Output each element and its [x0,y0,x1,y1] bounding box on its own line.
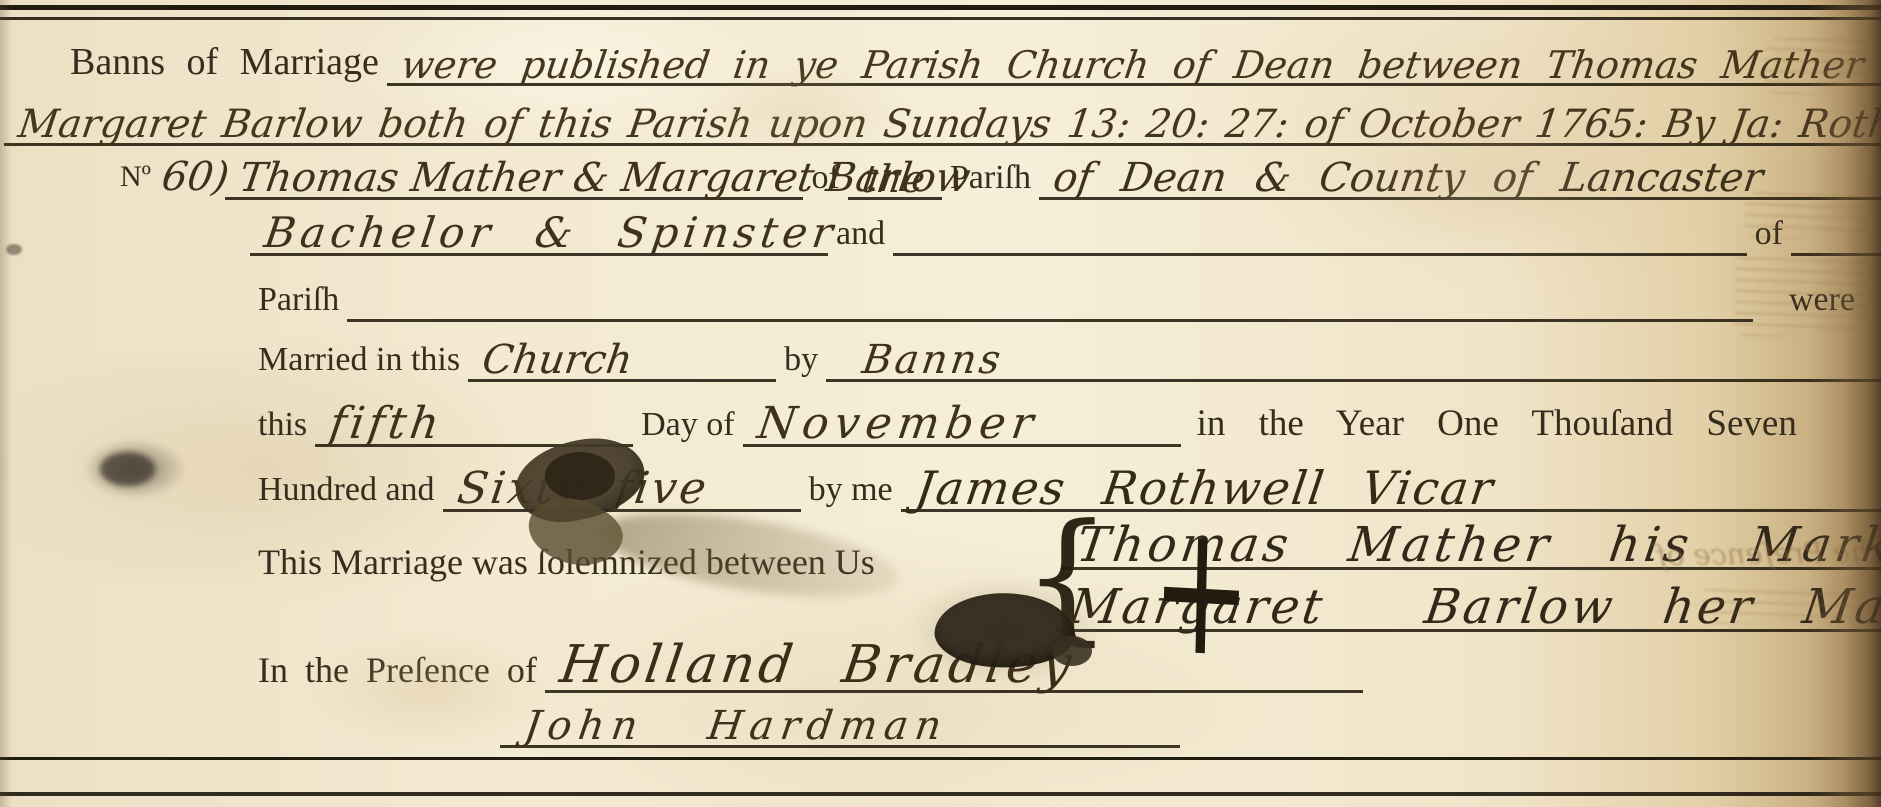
ink-blot-bottom-droplet [1052,636,1092,666]
form-rule-bottom [0,757,1881,760]
banns-printed-label: Banns of Marriage [62,43,387,86]
marriage-register-page: Banns of Marriage were published in ye P… [0,0,1881,807]
married-line: Married in this Church by Banns [250,334,1881,382]
condition-handwriting: Bachelor & Spinster [262,214,840,253]
blank-fill-and [893,253,1747,256]
day-handwriting: fifth [327,404,445,444]
married-printed: Married in this [250,343,468,382]
method-handwriting: Banns [860,342,1005,379]
place-handwriting: Church [480,342,635,379]
month-fill: November [743,404,1181,447]
condition-line: Bachelor & Spinster and of [250,208,1881,256]
parish-printed-2: Pariſh [250,283,347,322]
witness2-signature: John Hardman [522,708,951,745]
page-left-edge-shade [0,0,12,807]
by-me-printed: by me [801,473,901,512]
ink-blot-main-core [545,452,615,500]
condition-fill: Bachelor & Spinster [250,214,828,256]
month-handwriting: November [755,404,1042,444]
form-rule-top-outer [0,5,1881,10]
witness2-line: John Hardman [500,702,1180,748]
form-rule-top-inner [0,17,1881,20]
parish-line: Pariſh were [250,274,1881,322]
names-fill: Thomas Mather & Margaret Barlow [225,160,803,200]
banns-handwriting-1: were published in ye Parish Church of De… [399,48,1881,83]
date-line: this fifth Day of November in the Year O… [250,399,1881,447]
this-printed: this [250,408,315,447]
banns-fill-1: were published in ye Parish Church of De… [387,48,1881,86]
parties-line: Nº 60) Thomas Mather & Margaret Barlow o… [112,150,1881,200]
entry-number-printed: Nº [112,162,159,200]
page-gutter-shadow [1809,0,1881,807]
place-fill: Church [468,342,776,382]
banns-handwriting-2: Margaret Barlow both of this Parish upon… [16,107,1881,143]
the-handwriting: the [860,162,927,197]
witness2-fill: John Hardman [500,708,1180,748]
entry-number-hand: 60) [159,159,231,200]
page-edge-rule [0,792,1881,796]
year-printed: in the Year One Thouſand Seven [1181,405,1805,447]
banns-fill-2: Margaret Barlow both of this Parish upon… [4,107,1881,146]
method-fill: Banns [826,342,1881,382]
hundred-printed: Hundred and [250,473,443,512]
left-smudge-core [100,452,155,486]
blank-fill-parish [347,319,1753,322]
residence-handwriting: of Dean & County of Lancaster [1051,160,1765,197]
ink-smear [596,497,903,613]
by-printed: by [776,343,826,382]
banns-line-1: Banns of Marriage were published in ye P… [62,38,1881,86]
banns-line-2: Margaret Barlow both of this Parish upon… [4,96,1881,146]
presence-printed: In the Preſence of [250,652,545,693]
day-of-printed: Day of [633,408,742,447]
